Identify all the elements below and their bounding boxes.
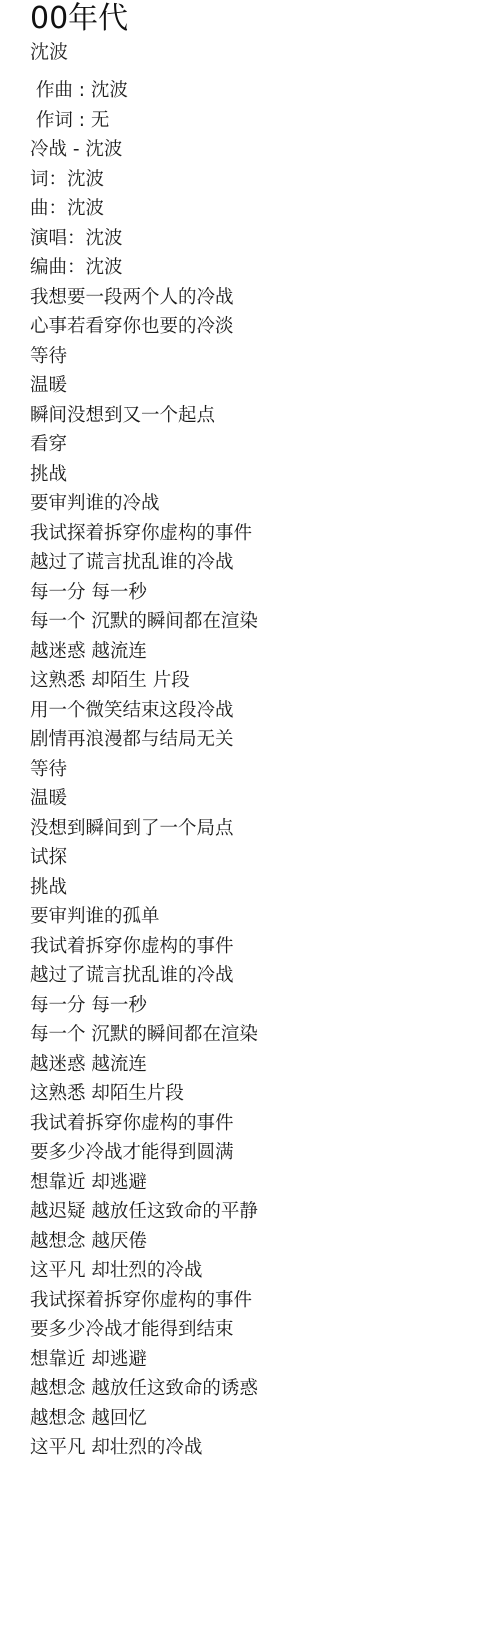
lyric-line: 剧情再浪漫都与结局无关 — [30, 725, 500, 755]
lyric-line: 没想到瞬间到了一个局点 — [30, 814, 500, 844]
lyric-line: 冷战 - 沈波 — [30, 135, 500, 165]
lyric-line: 等待 — [30, 755, 500, 785]
lyric-line: 等待 — [30, 342, 500, 372]
lyric-line: 我想要一段两个人的冷战 — [30, 283, 500, 313]
lyric-line: 要多少冷战才能得到圆满 — [30, 1138, 500, 1168]
lyric-line: 每一个 沉默的瞬间都在渲染 — [30, 1020, 500, 1050]
lyric-line: 越想念 越回忆 — [30, 1404, 500, 1434]
lyric-line: 演唱：沈波 — [30, 224, 500, 254]
lyrics-page: 00年代 沈波 作曲 : 沈波 作词 : 无冷战 - 沈波词：沈波曲：沈波演唱：… — [0, 0, 500, 1463]
lyric-line: 用一个微笑结束这段冷战 — [30, 696, 500, 726]
lyric-line: 想靠近 却逃避 — [30, 1345, 500, 1375]
artist-name: 沈波 — [30, 38, 500, 66]
lyric-line: 作词 : 无 — [30, 106, 500, 136]
lyric-line: 编曲：沈波 — [30, 253, 500, 283]
lyric-line: 要审判谁的孤单 — [30, 902, 500, 932]
lyric-line: 越迷惑 越流连 — [30, 637, 500, 667]
lyric-line: 挑战 — [30, 460, 500, 490]
lyric-line: 我试着拆穿你虚构的事件 — [30, 1109, 500, 1139]
lyric-line: 想靠近 却逃避 — [30, 1168, 500, 1198]
lyric-line: 试探 — [30, 843, 500, 873]
lyric-line: 温暖 — [30, 371, 500, 401]
lyric-line: 瞬间没想到又一个起点 — [30, 401, 500, 431]
lyric-line: 要审判谁的冷战 — [30, 489, 500, 519]
lyric-line: 作曲 : 沈波 — [30, 76, 500, 106]
lyric-line: 曲：沈波 — [30, 194, 500, 224]
lyrics-list: 作曲 : 沈波 作词 : 无冷战 - 沈波词：沈波曲：沈波演唱：沈波编曲：沈波我… — [30, 76, 500, 1463]
lyric-line: 这熟悉 却陌生片段 — [30, 1079, 500, 1109]
lyric-line: 词：沈波 — [30, 165, 500, 195]
lyric-line: 每一个 沉默的瞬间都在渲染 — [30, 607, 500, 637]
lyric-line: 要多少冷战才能得到结束 — [30, 1315, 500, 1345]
lyric-line: 我试探着拆穿你虚构的事件 — [30, 519, 500, 549]
lyric-line: 每一分 每一秒 — [30, 578, 500, 608]
lyric-line: 这平凡 却壮烈的冷战 — [30, 1433, 500, 1463]
lyric-line: 心事若看穿你也要的冷淡 — [30, 312, 500, 342]
lyric-line: 越迷惑 越流连 — [30, 1050, 500, 1080]
lyric-line: 越过了谎言扰乱谁的冷战 — [30, 548, 500, 578]
lyric-line: 越过了谎言扰乱谁的冷战 — [30, 961, 500, 991]
lyric-line: 我试探着拆穿你虚构的事件 — [30, 1286, 500, 1316]
lyric-line: 每一分 每一秒 — [30, 991, 500, 1021]
lyric-line: 这熟悉 却陌生 片段 — [30, 666, 500, 696]
lyric-line: 越迟疑 越放任这致命的平静 — [30, 1197, 500, 1227]
lyric-line: 看穿 — [30, 430, 500, 460]
lyric-line: 我试着拆穿你虚构的事件 — [30, 932, 500, 962]
lyric-line: 越想念 越厌倦 — [30, 1227, 500, 1257]
lyric-line: 越想念 越放任这致命的诱惑 — [30, 1374, 500, 1404]
lyric-line: 温暖 — [30, 784, 500, 814]
song-title: 00年代 — [30, 0, 500, 38]
lyric-line: 挑战 — [30, 873, 500, 903]
lyric-line: 这平凡 却壮烈的冷战 — [30, 1256, 500, 1286]
